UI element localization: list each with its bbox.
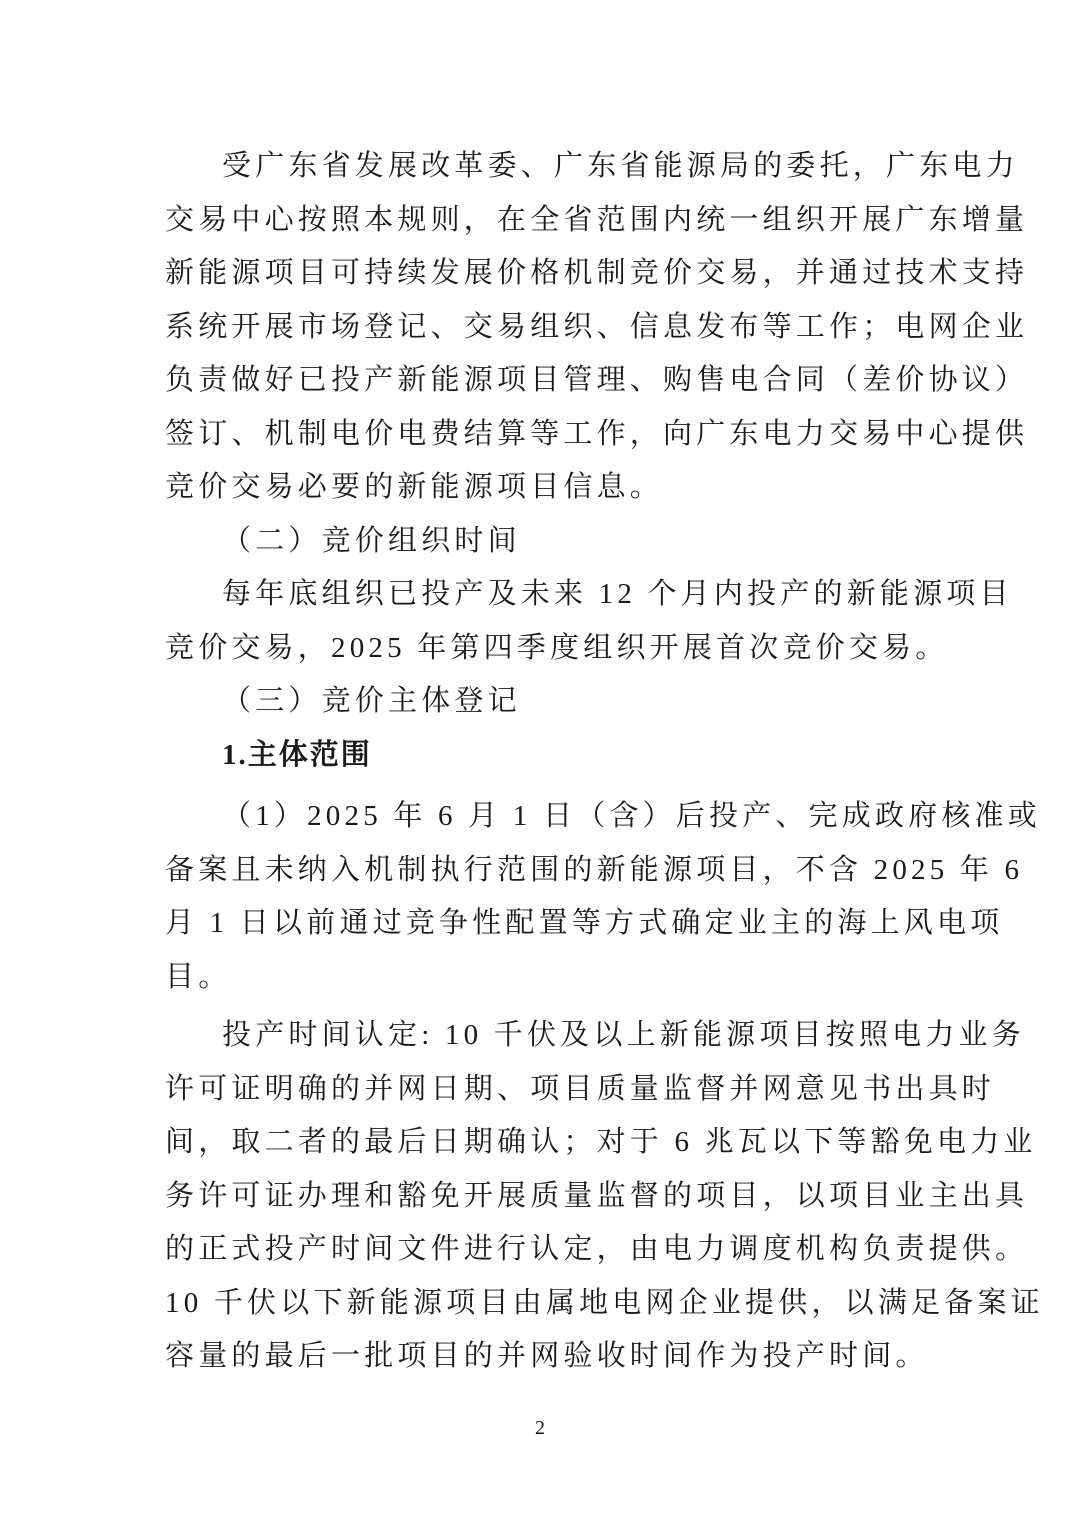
paragraph-1-line-4: 系统开展市场登记、交易组织、信息发布等工作；电网企业	[165, 307, 917, 347]
paragraph-3-line-1: （1）2025 年 6 月 1 日（含）后投产、完成政府核准或	[222, 796, 917, 836]
paragraph-3-line-3: 月 1 日以前通过竞争性配置等方式确定业主的海上风电项	[165, 903, 917, 943]
paragraph-4-line-4: 务许可证办理和豁免开展质量监督的项目，以项目业主出具	[165, 1176, 917, 1216]
paragraph-1-line-6: 签订、机制电价电费结算等工作，向广东电力交易中心提供	[165, 414, 917, 454]
paragraph-4-line-1: 投产时间认定: 10 千伏及以上新能源项目按照电力业务	[222, 1015, 917, 1055]
paragraph-4-line-7: 容量的最后一批项目的并网验收时间作为投产时间。	[165, 1336, 917, 1376]
paragraph-4-line-6: 10 千伏以下新能源项目由属地电网企业提供，以满足备案证	[165, 1283, 917, 1323]
paragraph-3-line-2: 备案且未纳入机制执行范围的新能源项目，不含 2025 年 6	[165, 850, 917, 890]
paragraph-1-line-1: 受广东省发展改革委、广东省能源局的委托，广东电力	[222, 146, 917, 186]
paragraph-3-line-4: 目。	[165, 957, 917, 997]
subsection-heading-scope: 1.主体范围	[222, 735, 917, 775]
section-heading-registration: （三）竞价主体登记	[222, 681, 917, 721]
paragraph-1-line-2: 交易中心按照本规则，在全省范围内统一组织开展广东增量	[165, 200, 917, 240]
section-heading-bidding-time: （二）竞价组织时间	[222, 521, 917, 561]
paragraph-1-line-5: 负责做好已投产新能源项目管理、购售电合同（差价协议）	[165, 360, 917, 400]
paragraph-2-line-1: 每年底组织已投产及未来 12 个月内投产的新能源项目	[222, 574, 917, 614]
paragraph-2-line-2: 竞价交易，2025 年第四季度组织开展首次竞价交易。	[165, 628, 917, 668]
paragraph-4-line-3: 间，取二者的最后日期确认；对于 6 兆瓦以下等豁免电力业	[165, 1122, 917, 1162]
page-number: 2	[0, 1416, 1080, 1440]
paragraph-1-line-7: 竞价交易必要的新能源项目信息。	[165, 467, 917, 507]
paragraph-4-line-5: 的正式投产时间文件进行认定，由电力调度机构负责提供。	[165, 1229, 917, 1269]
document-page: 受广东省发展改革委、广东省能源局的委托，广东电力 交易中心按照本规则，在全省范围…	[0, 0, 1080, 1527]
paragraph-1-line-3: 新能源项目可持续发展价格机制竞价交易，并通过技术支持	[165, 253, 917, 293]
paragraph-4-line-2: 许可证明确的并网日期、项目质量监督并网意见书出具时	[165, 1069, 917, 1109]
